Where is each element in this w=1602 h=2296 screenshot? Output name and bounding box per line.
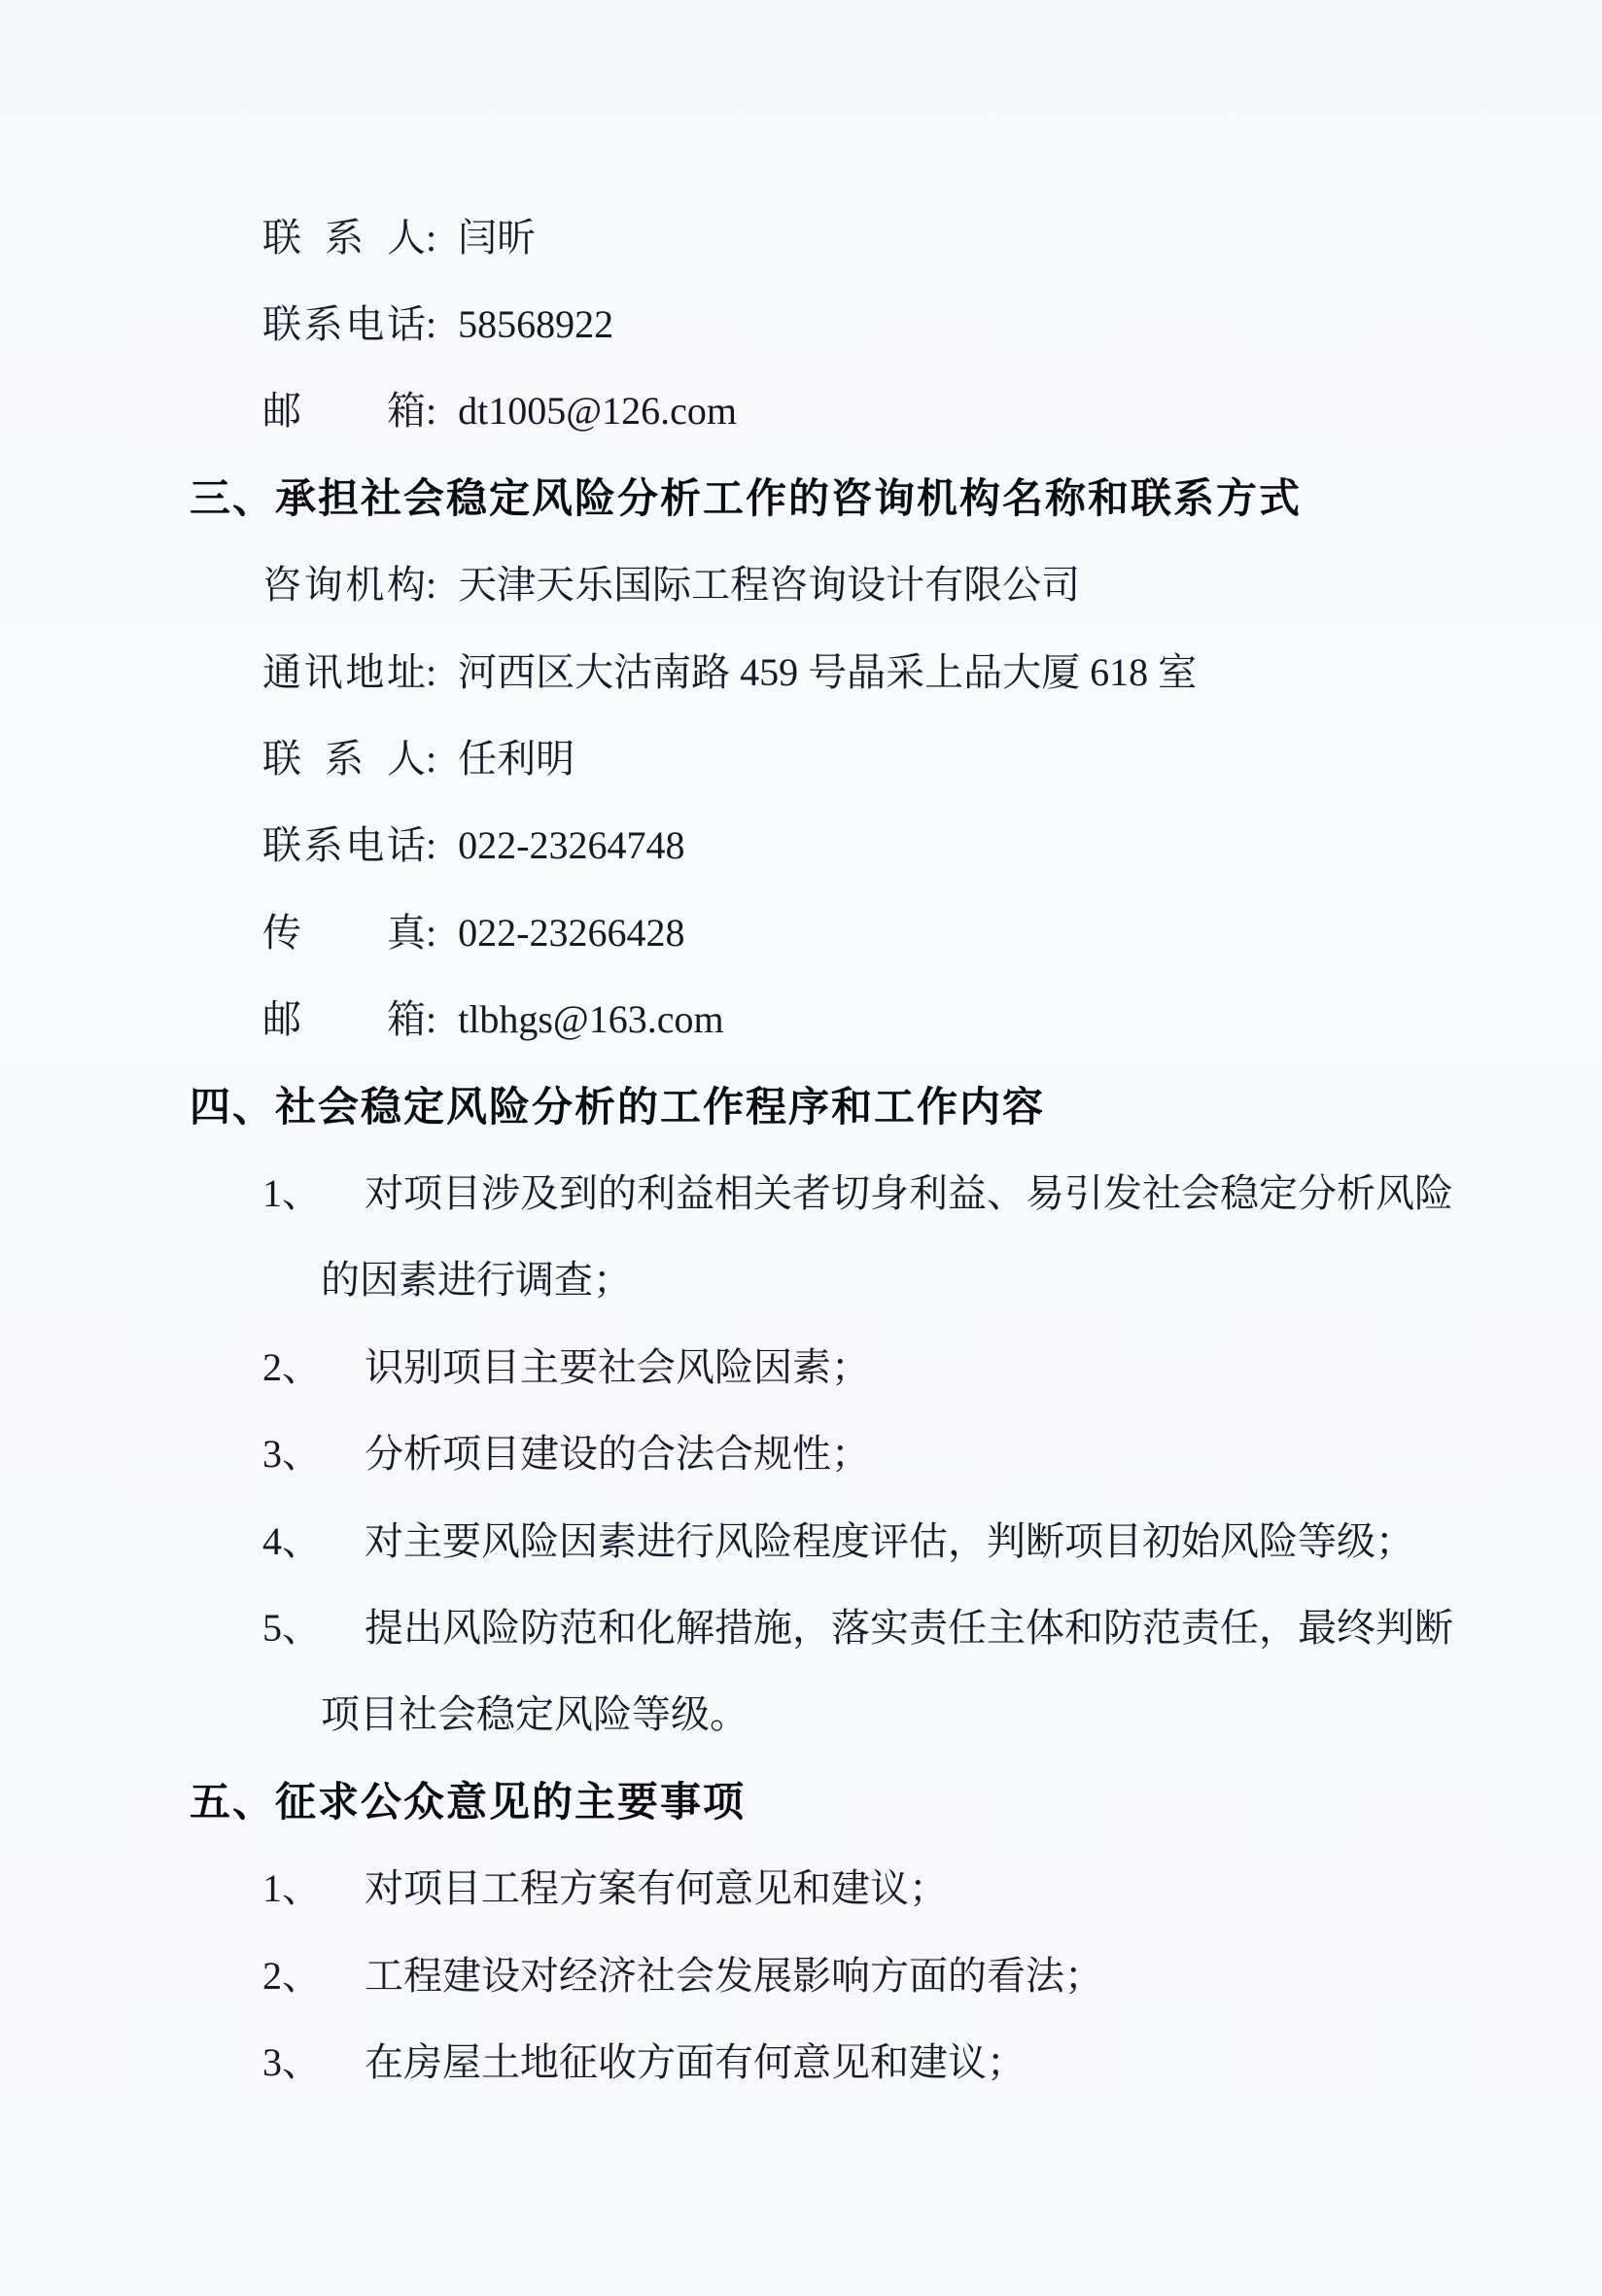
section-four-heading: 四、社会稳定风险分析的工作程序和工作内容: [0, 1063, 1602, 1150]
list-item: 2、识别项目主要社会风险因素；: [0, 1324, 1602, 1410]
list-item-text: 对项目涉及到的利益相关者切身利益、易引发社会稳定分析风险: [365, 1174, 1453, 1213]
contact-colon: :: [426, 305, 436, 344]
list-item-number: 2、: [262, 1957, 365, 1996]
contact-value: tlbhgs@163.com: [458, 1000, 724, 1039]
list-item-number: 3、: [262, 2043, 365, 2082]
list-item-text: 提出风险防范和化解措施，落实责任主体和防范责任，最终判断: [365, 1609, 1453, 1648]
contact-value: 闫昕: [458, 219, 536, 258]
contact-line: 传真:022-23266428: [0, 889, 1602, 976]
contact-line: 通讯地址:河西区大沽南路 459 号晶采上品大厦 618 室: [0, 629, 1602, 715]
contact-label: 传真: [262, 914, 426, 953]
list-item: 2、工程建设对经济社会发展影响方面的看法；: [0, 1932, 1602, 2019]
contact-label: 联系电话: [262, 826, 426, 865]
contact-colon: :: [426, 740, 436, 779]
contact-colon: :: [426, 914, 436, 953]
list-item-number: 4、: [262, 1522, 365, 1561]
list-item: 1、对项目工程方案有何意见和建议；: [0, 1845, 1602, 1931]
contact-value: 58568922: [458, 305, 613, 344]
contact-value: dt1005@126.com: [458, 392, 737, 431]
list-item-continuation: 的因素进行调查；: [0, 1237, 1602, 1324]
list-item-continuation: 项目社会稳定风险等级。: [0, 1672, 1602, 1758]
contact-label: 通讯地址: [262, 653, 426, 692]
contact-colon: :: [426, 653, 436, 692]
contact-label: 联系电话: [262, 305, 426, 344]
list-item: 1、对项目涉及到的利益相关者切身利益、易引发社会稳定分析风险: [0, 1150, 1602, 1236]
contact-line: 联系人:任利明: [0, 715, 1602, 802]
contact-line: 邮箱:dt1005@126.com: [0, 368, 1602, 455]
list-item: 4、对主要风险因素进行风险程度评估，判断项目初始风险等级；: [0, 1498, 1602, 1584]
contact-value: 022-23264748: [458, 826, 684, 865]
contact-colon: :: [426, 1000, 436, 1039]
contact-colon: :: [426, 826, 436, 865]
list-item: 5、提出风险防范和化解措施，落实责任主体和防范责任，最终判断: [0, 1584, 1602, 1671]
contact-line: 联系人:闫昕: [0, 194, 1602, 281]
list-item-number: 2、: [262, 1348, 365, 1387]
contact-line: 咨询机构:天津天乐国际工程咨询设计有限公司: [0, 542, 1602, 629]
contact-colon: :: [426, 219, 436, 258]
section-three-heading: 三、承担社会稳定风险分析工作的咨询机构名称和联系方式: [0, 455, 1602, 541]
list-item-number: 3、: [262, 1435, 365, 1474]
contact-line: 联系电话:58568922: [0, 281, 1602, 367]
contact-value: 天津天乐国际工程咨询设计有限公司: [458, 566, 1080, 605]
contact-colon: :: [426, 566, 436, 605]
list-item-text: 项目社会稳定风险等级。: [321, 1695, 749, 1734]
list-item-text: 在房屋土地征收方面有何意见和建议；: [365, 2043, 1026, 2082]
list-item-number: 5、: [262, 1609, 365, 1648]
list-item-text: 对主要风险因素进行风险程度评估，判断项目初始风险等级；: [365, 1522, 1414, 1561]
list-item-text: 的因素进行调查；: [321, 1261, 632, 1300]
list-item-text: 工程建设对经济社会发展影响方面的看法；: [365, 1957, 1103, 1996]
contact-label: 联系人: [262, 219, 426, 258]
contact-line: 邮箱:tlbhgs@163.com: [0, 977, 1602, 1063]
contact-line: 联系电话:022-23264748: [0, 803, 1602, 889]
contact-colon: :: [426, 392, 436, 431]
list-item-number: 1、: [262, 1174, 365, 1213]
list-item: 3、在房屋土地征收方面有何意见和建议；: [0, 2019, 1602, 2105]
contact-label: 邮箱: [262, 1000, 426, 1039]
contact-value: 任利明: [458, 740, 575, 779]
list-item-text: 识别项目主要社会风险因素；: [365, 1348, 870, 1387]
contact-value: 022-23266428: [458, 914, 684, 953]
section-five-heading: 五、征求公众意见的主要事项: [0, 1758, 1602, 1845]
contact-label: 联系人: [262, 740, 426, 779]
list-item-text: 对项目工程方案有何意见和建议；: [365, 1869, 948, 1908]
list-item-number: 1、: [262, 1869, 365, 1908]
scanned-document-page: 联系人:闫昕 联系电话:58568922 邮箱:dt1005@126.com 三…: [0, 0, 1602, 2296]
contact-label: 邮箱: [262, 392, 426, 431]
contact-label: 咨询机构: [262, 566, 426, 605]
list-item: 3、分析项目建设的合法合规性；: [0, 1410, 1602, 1497]
list-item-text: 分析项目建设的合法合规性；: [365, 1435, 870, 1474]
contact-value: 河西区大沽南路 459 号晶采上品大厦 618 室: [458, 653, 1197, 692]
